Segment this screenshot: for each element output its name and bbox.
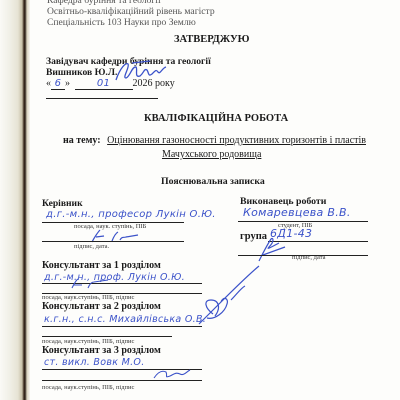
supervisor-handwritten: д.г.-м.н., професор Лукін О.Ю. [46,209,216,220]
level-line: Освітньо-кваліфікаційний рівень магістр [47,6,215,17]
approval-name: Вишников Ю.Л. [46,67,117,78]
approval-title: ЗАТВЕРДЖУЮ [174,34,250,45]
executor-handwritten: Комаревцева В.В. [243,206,351,219]
consultant-1-caption: посада, наук.ступінь, ПІБ, підпис [42,294,134,301]
supervisor-signature-line [42,241,184,242]
consultant-1-signature [70,276,110,290]
consultant-2-handwritten: к.г.н., с.н.с. Михайлівська О.В. [44,314,206,325]
supervisor-caption-signature: підпис, дата. [74,243,109,250]
executor-signature [255,235,289,263]
consultant-1-label: Консультант за 1 розділом [42,260,161,271]
executor-caption-signature: підпис, дата [292,254,326,261]
consultant-2-caption: посада, наук.ступінь, ПІБ, підпис [42,338,134,345]
document-page: Кафедра буріння та геології Освітньо-ква… [30,0,400,400]
work-topic: на тему: Оцінювання газоносності продукт… [63,135,366,146]
consultant-2-signature-line [42,336,172,337]
consultant-1-line [42,283,202,284]
supervisor-label: Керівник [42,198,83,209]
work-title: КВАЛІФІКАЦІЙНА РОБОТА [144,113,288,124]
consultant-2-label: Консультант за 2 розділом [42,301,161,312]
consultant-3-caption: посада, наук.ступінь, ПІБ, підпис [42,384,134,391]
approval-signature-line [46,98,158,99]
approval-date-month: 01 [75,78,133,90]
consultant-3-signature-line [42,380,202,381]
specialty-line: Спеціальність 103 Науки про Землю [47,17,196,28]
topic-label: на тему: [63,135,101,146]
consultant-3-label: Консультант за 3 розділом [42,345,161,356]
approval-date-day: 6 [51,78,65,90]
doc-type: Пояснювальна записка [161,176,265,187]
consultant-2-line [42,326,202,327]
topic-line-1: Оцінювання газоносності продуктивних гор… [107,135,366,146]
approval-date: «6» 012026 року [46,78,175,90]
document-binding-edge [0,0,30,400]
consultant-3-handwritten: ст. викл. Вовк М.О. [44,357,145,368]
topic-line-2: Мачухського родовища [162,149,261,160]
approval-date-year: 2026 року [133,78,175,89]
consultant-1-handwritten: д.г.-м.н., проф. Лукін О.Ю. [44,272,185,283]
